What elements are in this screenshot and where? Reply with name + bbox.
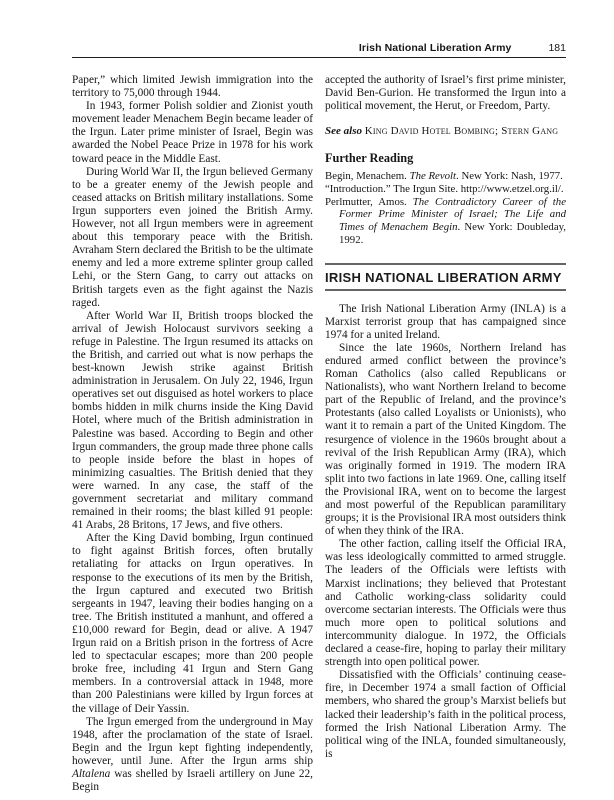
text-segment: accepted the authority of Israel’s first… (325, 74, 566, 112)
text-segment: “Introduction.” The Irgun Site. http://w… (325, 183, 564, 195)
text-segment: Begin, Menachem. (325, 170, 410, 182)
see-also-references: King David Hotel Bombing; Stern Gang (365, 125, 559, 137)
text-segment: Dissatisfied with the Officials’ continu… (325, 669, 566, 760)
text-segment: Perlmutter, Amos. (325, 196, 413, 208)
entry-title: IRISH NATIONAL LIBERATION ARMY (325, 263, 566, 291)
right-column: accepted the authority of Israel’s first… (325, 74, 566, 794)
text-segment: After World War II, British troops block… (72, 310, 313, 532)
paragraph: Paper,” which limited Jewish immigration… (72, 74, 313, 100)
entry-paragraph: Since the late 1960s, Northern Ireland h… (325, 342, 566, 538)
book-page: Irish National Liberation Army 181 Paper… (0, 0, 614, 800)
text-segment: Paper,” which limited Jewish immigration… (72, 74, 313, 99)
text-segment: The Irgun emerged from the underground i… (72, 716, 313, 767)
running-header-title: Irish National Liberation Army (359, 42, 512, 54)
paragraph: After the King David bombing, Irgun cont… (72, 532, 313, 715)
right-column-continuation: accepted the authority of Israel’s first… (325, 74, 566, 113)
text-segment: During World War II, the Irgun believed … (72, 166, 313, 309)
paragraph: After World War II, British troops block… (72, 310, 313, 533)
text-segment: Altalena (72, 768, 110, 780)
paragraph: The Irgun emerged from the underground i… (72, 716, 313, 795)
bibliography: Begin, Menachem. The Revolt. New York: N… (325, 170, 566, 246)
left-column: Paper,” which limited Jewish immigration… (72, 74, 313, 794)
paragraph: accepted the authority of Israel’s first… (325, 74, 566, 113)
text-segment: The Irish National Liberation Army (INLA… (325, 303, 566, 341)
page-number: 181 (548, 42, 566, 54)
see-also-line: See also King David Hotel Bombing; Stern… (325, 125, 566, 138)
bibliography-entry: Perlmutter, Amos. The Contradictory Care… (325, 196, 566, 247)
text-segment: . New York: Nash, 1977. (456, 170, 563, 182)
text-segment: After the King David bombing, Irgun cont… (72, 532, 313, 714)
entry-paragraph: The Irish National Liberation Army (INLA… (325, 303, 566, 342)
further-reading-heading: Further Reading (325, 151, 566, 166)
paragraph: In 1943, former Polish soldier and Zioni… (72, 100, 313, 165)
see-also-label: See also (325, 125, 362, 137)
text-segment: Since the late 1960s, Northern Ireland h… (325, 342, 566, 537)
entry-paragraph: Dissatisfied with the Officials’ continu… (325, 669, 566, 761)
text-columns: Paper,” which limited Jewish immigration… (72, 74, 566, 794)
page-header: Irish National Liberation Army 181 (72, 42, 566, 58)
bibliography-entry: Begin, Menachem. The Revolt. New York: N… (325, 170, 566, 183)
bibliography-entry: “Introduction.” The Irgun Site. http://w… (325, 183, 566, 196)
paragraph: During World War II, the Irgun believed … (72, 166, 313, 310)
text-segment: The other faction, calling itself the Of… (325, 538, 566, 668)
entry-paragraph: The other faction, calling itself the Of… (325, 538, 566, 669)
text-segment: The Revolt (410, 170, 456, 182)
text-segment: In 1943, former Polish soldier and Zioni… (72, 100, 313, 164)
entry-body: The Irish National Liberation Army (INLA… (325, 303, 566, 761)
